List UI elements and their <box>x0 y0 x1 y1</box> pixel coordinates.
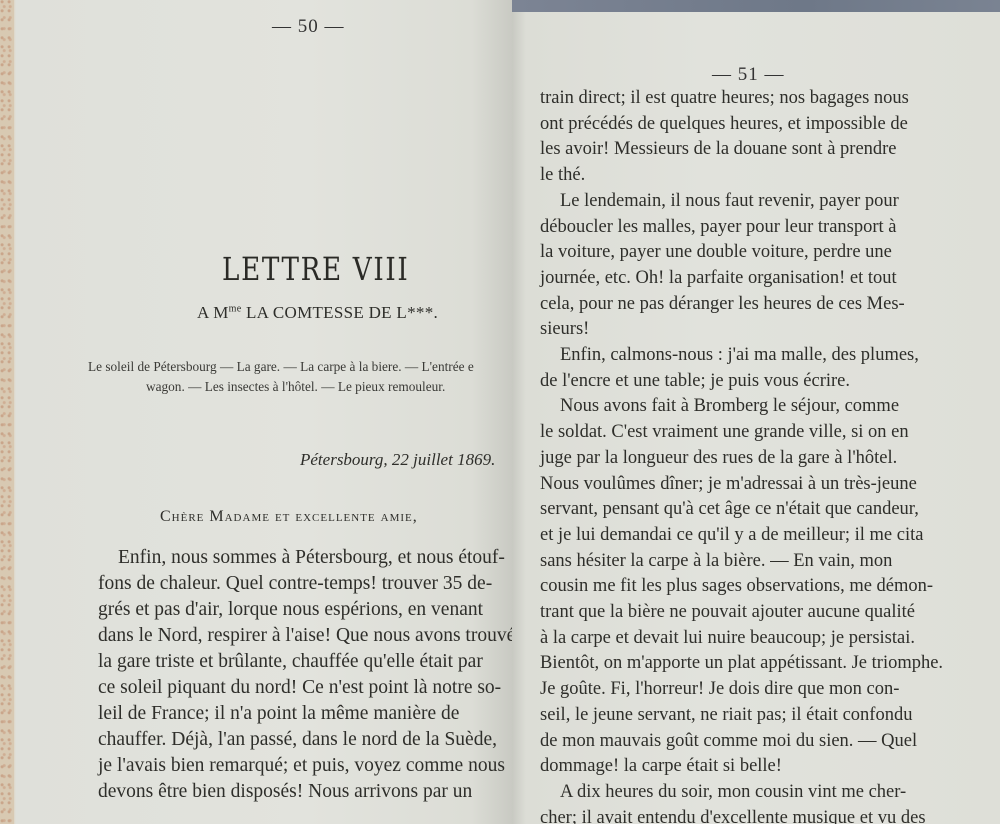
text-line: Enfin, calmons-nous : j'ai ma malle, des… <box>540 343 976 369</box>
page-number: — 51 — <box>712 64 785 86</box>
left-page: — 50 — LETTRE VIII A Mme LA COMTESSE DE … <box>0 0 512 824</box>
text-line: ce soleil piquant du nord! Ce n'est poin… <box>98 675 512 701</box>
text-line: sans hésiter la carpe à la bière. — En v… <box>540 549 976 575</box>
text-line: la voiture, payer une double voiture, pe… <box>540 240 976 266</box>
summary-line: Le soleil de Pétersbourg — La gare. — La… <box>88 359 474 374</box>
text-line: chauffer. Déjà, l'an passé, dans le nord… <box>98 727 512 753</box>
body-text: Enfin, nous sommes à Pétersbourg, et nou… <box>98 545 512 805</box>
text-line: à la carpe et devait lui nuire beaucoup;… <box>540 626 976 652</box>
text-line: dans le Nord, respirer à l'aise! Que nou… <box>98 623 512 649</box>
text-line: ont précédés de quelques heures, et impo… <box>540 112 976 138</box>
text-line: les avoir! Messieurs de la douane sont à… <box>540 137 976 163</box>
text-line: de l'encre et une table; je puis vous éc… <box>540 369 976 395</box>
text-line: trant que la bière ne pouvait ajouter au… <box>540 600 976 626</box>
text-line: A dix heures du soir, mon cousin vint me… <box>540 780 976 806</box>
text-line: grés et pas d'air, lorque nous espérions… <box>98 597 512 623</box>
salutation: Chère Madame et excellente amie, <box>160 508 418 526</box>
addressee-sup: me <box>229 303 242 314</box>
text-line: train direct; il est quatre heures; nos … <box>540 86 976 112</box>
right-page: — 51 — train direct; il est quatre heure… <box>512 12 1000 824</box>
summary-line: wagon. — Les insectes à l'hôtel. — Le pi… <box>88 377 512 397</box>
text-line: cousin me fit les plus sages observation… <box>540 574 976 600</box>
text-line: le thé. <box>540 163 976 189</box>
text-line: Le lendemain, il nous faut revenir, paye… <box>540 189 976 215</box>
text-line: Nous voulûmes dîner; je m'adressai à un … <box>540 472 976 498</box>
text-line: Je goûte. Fi, l'horreur! Je dois dire qu… <box>540 677 976 703</box>
text-line: de mon mauvais goût comme moi du sien. —… <box>540 729 976 755</box>
background-surface <box>512 0 1000 12</box>
addressee: A Mme LA COMTESSE DE L***. <box>197 303 438 323</box>
text-line: la gare triste et brûlante, chauffée qu'… <box>98 649 512 675</box>
text-line: je l'avais bien remarqué; et puis, voyez… <box>98 753 512 779</box>
text-line: cher; il avait entendu d'excellente musi… <box>540 806 976 824</box>
addressee-prefix: A M <box>197 303 229 322</box>
text-line: et je lui demandai ce qu'il y a de meill… <box>540 523 976 549</box>
text-line: Bientôt, on m'apporte un plat appétissan… <box>540 651 976 677</box>
text-line: Nous avons fait à Bromberg le séjour, co… <box>540 394 976 420</box>
chapter-summary: Le soleil de Pétersbourg — La gare. — La… <box>88 357 512 397</box>
text-line: seil, le jeune servant, ne riait pas; il… <box>540 703 976 729</box>
text-line: juge par la longueur des rues de la gare… <box>540 446 976 472</box>
page-number: — 50 — <box>272 16 345 38</box>
letter-title: LETTRE VIII <box>222 250 409 288</box>
text-line: servant, pensant qu'à cet âge ce n'était… <box>540 497 976 523</box>
body-text: train direct; il est quatre heures; nos … <box>540 86 976 824</box>
text-line: Enfin, nous sommes à Pétersbourg, et nou… <box>98 545 512 571</box>
text-line: déboucler les malles, payer pour leur tr… <box>540 215 976 241</box>
text-line: leil de France; il n'a point la même man… <box>98 701 512 727</box>
text-line: devons être bien disposés! Nous arrivons… <box>98 779 512 805</box>
addressee-rest: LA COMTESSE DE L***. <box>241 303 438 322</box>
text-line: cela, pour ne pas déranger les heures de… <box>540 292 976 318</box>
text-line: fons de chaleur. Quel contre-temps! trou… <box>98 571 512 597</box>
text-line: le soldat. C'est vraiment une grande vil… <box>540 420 976 446</box>
text-line: sieurs! <box>540 317 976 343</box>
text-line: dommage! la carpe était si belle! <box>540 754 976 780</box>
text-line: journée, etc. Oh! la parfaite organisati… <box>540 266 976 292</box>
dateline: Pétersbourg, 22 juillet 1869. <box>300 450 495 470</box>
